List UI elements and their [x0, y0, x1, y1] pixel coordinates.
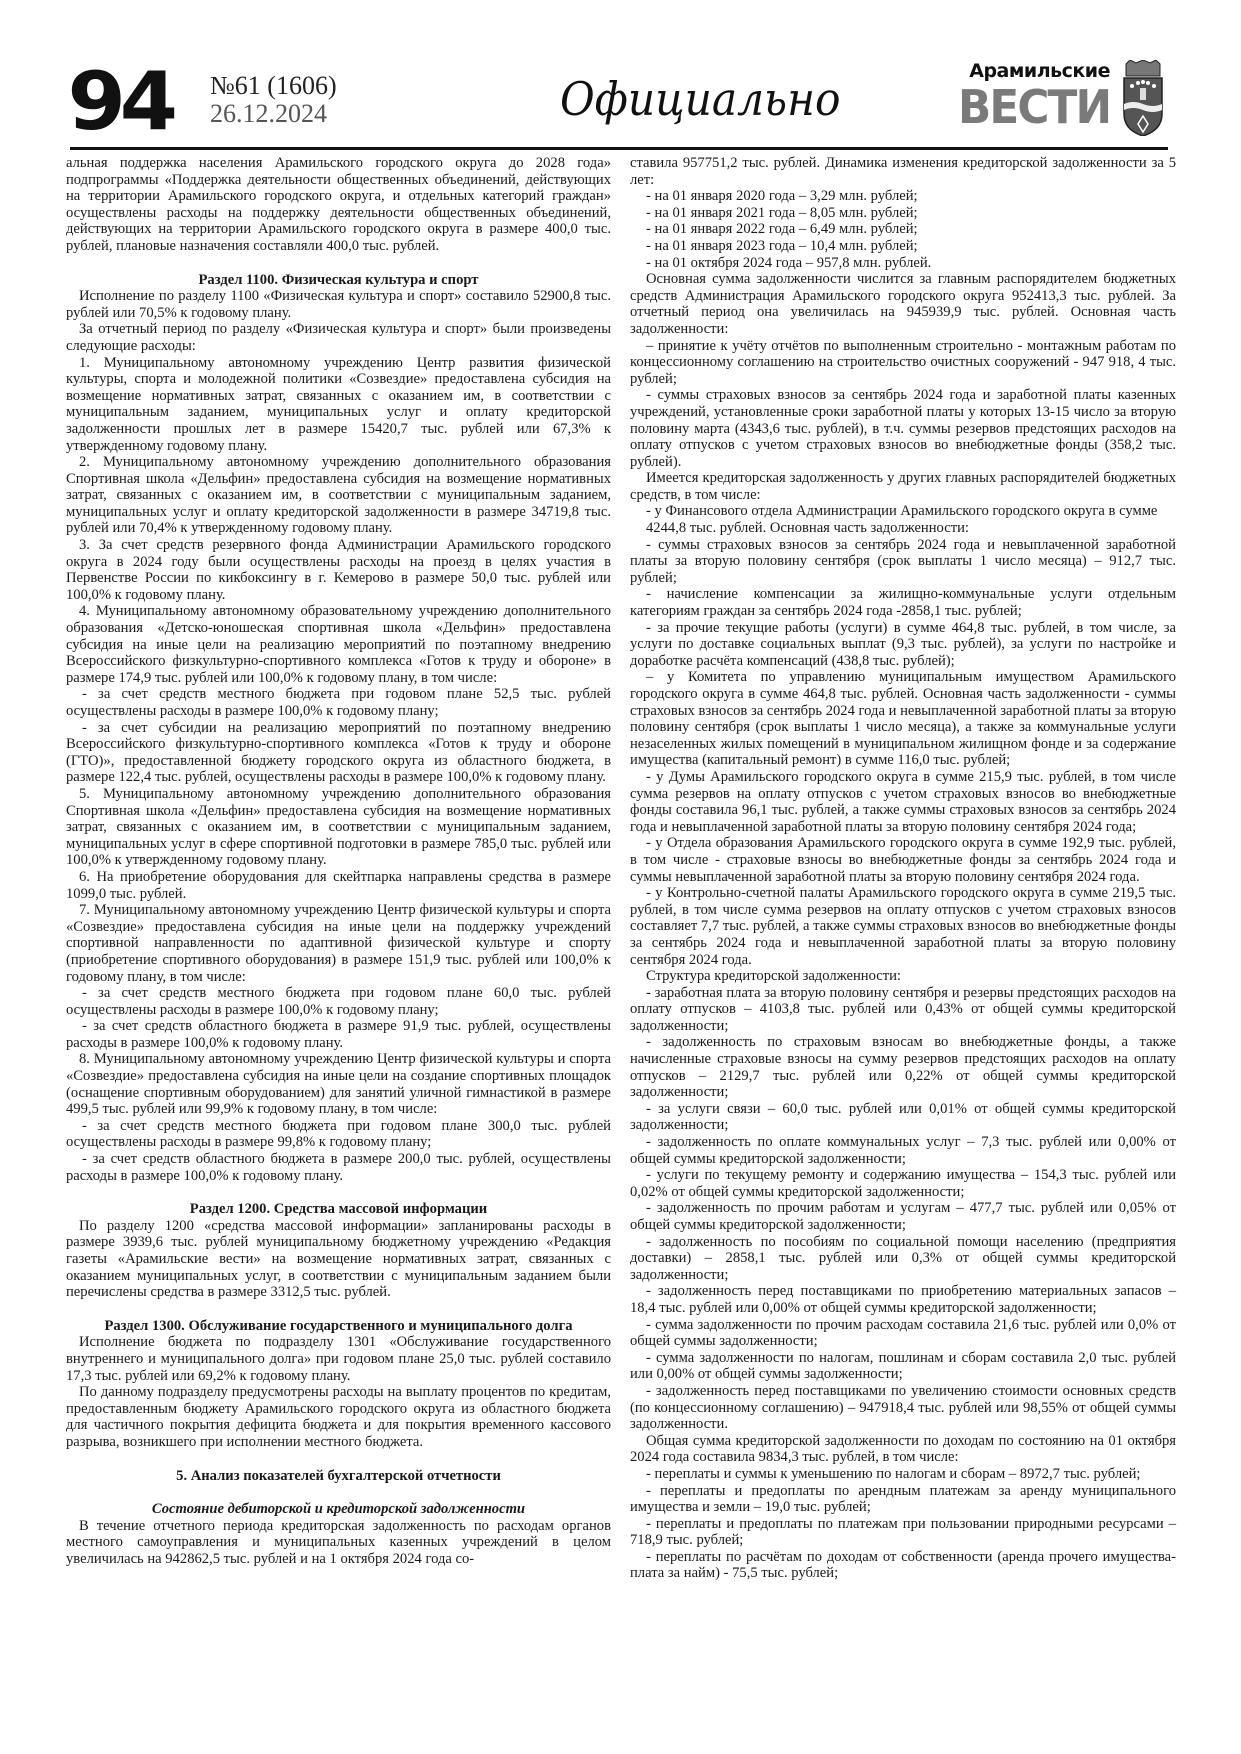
paragraph: - за счет средств местного бюджета при г… [66, 1118, 611, 1151]
right-column: ставила 957751,2 тыс. рублей. Динамика и… [630, 155, 1176, 1582]
paragraph: – у Комитета по управлению муниципальным… [630, 669, 1176, 769]
paragraph: 3. За счет средств резервного фонда Адми… [66, 537, 611, 603]
structure-item: - задолженность перед поставщиками по ув… [630, 1383, 1176, 1433]
dynamics-item: - на 01 октября 2024 года – 957,8 млн. р… [630, 255, 1176, 272]
newspaper-logo: Арамильские ВЕСТИ [940, 60, 1110, 135]
dynamics-item: - на 01 января 2022 года – 6,49 млн. руб… [630, 221, 1176, 238]
structure-item: - задолженность перед поставщиками по пр… [630, 1283, 1176, 1316]
paragraph: 8. Муниципальному автономному учреждению… [66, 1051, 611, 1117]
paragraph: Общая сумма кредиторской задолженности п… [630, 1433, 1176, 1466]
header-rule [70, 147, 1168, 150]
paragraph: - у Отдела образования Арамильского горо… [630, 835, 1176, 885]
paragraph: - за счет средств местного бюджета при г… [66, 985, 611, 1018]
income-item: - переплаты и предоплаты по платежам при… [630, 1516, 1176, 1549]
section-heading-1100: Раздел 1100. Физическая культура и спорт [66, 272, 611, 289]
structure-item: - за услуги связи – 60,0 тыс. рублей или… [630, 1101, 1176, 1134]
paragraph: Исполнение по разделу 1100 «Физическая к… [66, 288, 611, 321]
structure-item: - задолженность по пособиям по социально… [630, 1234, 1176, 1284]
paragraph: 2. Муниципальному автономному учреждению… [66, 454, 611, 537]
paragraph: - за счет субсидии на реализацию меропри… [66, 720, 611, 786]
paragraph: 1. Муниципальному автономному учреждению… [66, 355, 611, 455]
paragraph: - за счет средств областного бюджета в р… [66, 1018, 611, 1051]
logo-bottom-text: ВЕСТИ [958, 84, 1110, 130]
dynamics-item: - на 01 января 2021 года – 8,05 млн. руб… [630, 205, 1176, 222]
structure-item: - сумма задолженности по налогам, пошлин… [630, 1350, 1176, 1383]
paragraph: По данному подразделу предусмотрены расх… [66, 1384, 611, 1450]
income-item: - переплаты и предоплаты по арендным пла… [630, 1483, 1176, 1516]
paragraph: - у Думы Арамильского городского округа … [630, 769, 1176, 835]
section-heading-5: 5. Анализ показателей бухгалтерской отче… [66, 1468, 611, 1485]
section-heading-1200: Раздел 1200. Средства массовой информаци… [66, 1201, 611, 1218]
page-number: 94 [68, 62, 172, 142]
paragraph: 5. Муниципальному автономному учреждению… [66, 786, 611, 869]
structure-item: - услуги по текущему ремонту и содержани… [630, 1167, 1176, 1200]
issue-info: №61 (1606) 26.12.2024 [210, 72, 337, 128]
paragraph: - у Контрольно-счетной палаты Арамильско… [630, 885, 1176, 968]
issue-date: 26.12.2024 [210, 100, 337, 128]
structure-item: - заработная плата за вторую половину се… [630, 985, 1176, 1035]
structure-item: - задолженность по прочим работам и услу… [630, 1200, 1176, 1233]
paragraph: По разделу 1200 «средства массовой инфор… [66, 1218, 611, 1301]
paragraph: - за счет средств местного бюджета при г… [66, 686, 611, 719]
paragraph: Имеется кредиторская задолженность у дру… [630, 470, 1176, 503]
section-title: Официально [560, 74, 840, 124]
paragraph: - за счет средств областного бюджета в р… [66, 1151, 611, 1184]
dynamics-item: - на 01 января 2023 года – 10,4 млн. руб… [630, 238, 1176, 255]
paragraph: - начисление компенсации за жилищно-комм… [630, 586, 1176, 619]
page-header: 94 №61 (1606) 26.12.2024 Официально Арам… [0, 0, 1241, 150]
paragraph: - за прочие текущие работы (услуги) в су… [630, 620, 1176, 670]
subsection-heading: Состояние дебиторской и кредиторской зад… [66, 1501, 611, 1518]
paragraph: 4. Муниципальному автономному образовате… [66, 603, 611, 686]
paragraph: Исполнение бюджета по подразделу 1301 «О… [66, 1334, 611, 1384]
paragraph: - у Финансового отдела Администрации Ара… [630, 503, 1176, 520]
paragraph: Структура кредиторской задолженности: [630, 968, 1176, 985]
left-column: альная поддержка населения Арамильского … [66, 155, 611, 1568]
paragraph: ставила 957751,2 тыс. рублей. Динамика и… [630, 155, 1176, 188]
paragraph: альная поддержка населения Арамильского … [66, 155, 611, 255]
paragraph: - суммы страховых взносов за сентябрь 20… [630, 537, 1176, 587]
paragraph: - суммы страховых взносов за сентябрь 20… [630, 387, 1176, 470]
income-item: - переплаты по расчётам по доходам от со… [630, 1549, 1176, 1582]
paragraph: За отчетный период по разделу «Физическа… [66, 321, 611, 354]
paragraph: 4244,8 тыс. рублей. Основная часть задол… [630, 520, 1176, 537]
paragraph: Основная сумма задолженности числится за… [630, 271, 1176, 337]
income-item: - переплаты и суммы к уменьшению по нало… [630, 1466, 1176, 1483]
coat-of-arms-icon [1120, 60, 1166, 136]
structure-item: - задолженность по страховым взносам во … [630, 1034, 1176, 1100]
paragraph: 6. На приобретение оборудования для скей… [66, 869, 611, 902]
paragraph: В течение отчетного периода кредиторская… [66, 1518, 611, 1568]
section-heading-1300: Раздел 1300. Обслуживание государственно… [66, 1318, 611, 1335]
paragraph: 7. Муниципальному автономному учреждению… [66, 902, 611, 985]
logo-top-text: Арамильские [969, 60, 1110, 82]
dynamics-item: - на 01 января 2020 года – 3,29 млн. руб… [630, 188, 1176, 205]
paragraph: – принятие к учёту отчётов по выполненны… [630, 338, 1176, 388]
issue-number: №61 (1606) [210, 72, 337, 100]
structure-item: - сумма задолженности по прочим расходам… [630, 1317, 1176, 1350]
structure-item: - задолженность по оплате коммунальных у… [630, 1134, 1176, 1167]
